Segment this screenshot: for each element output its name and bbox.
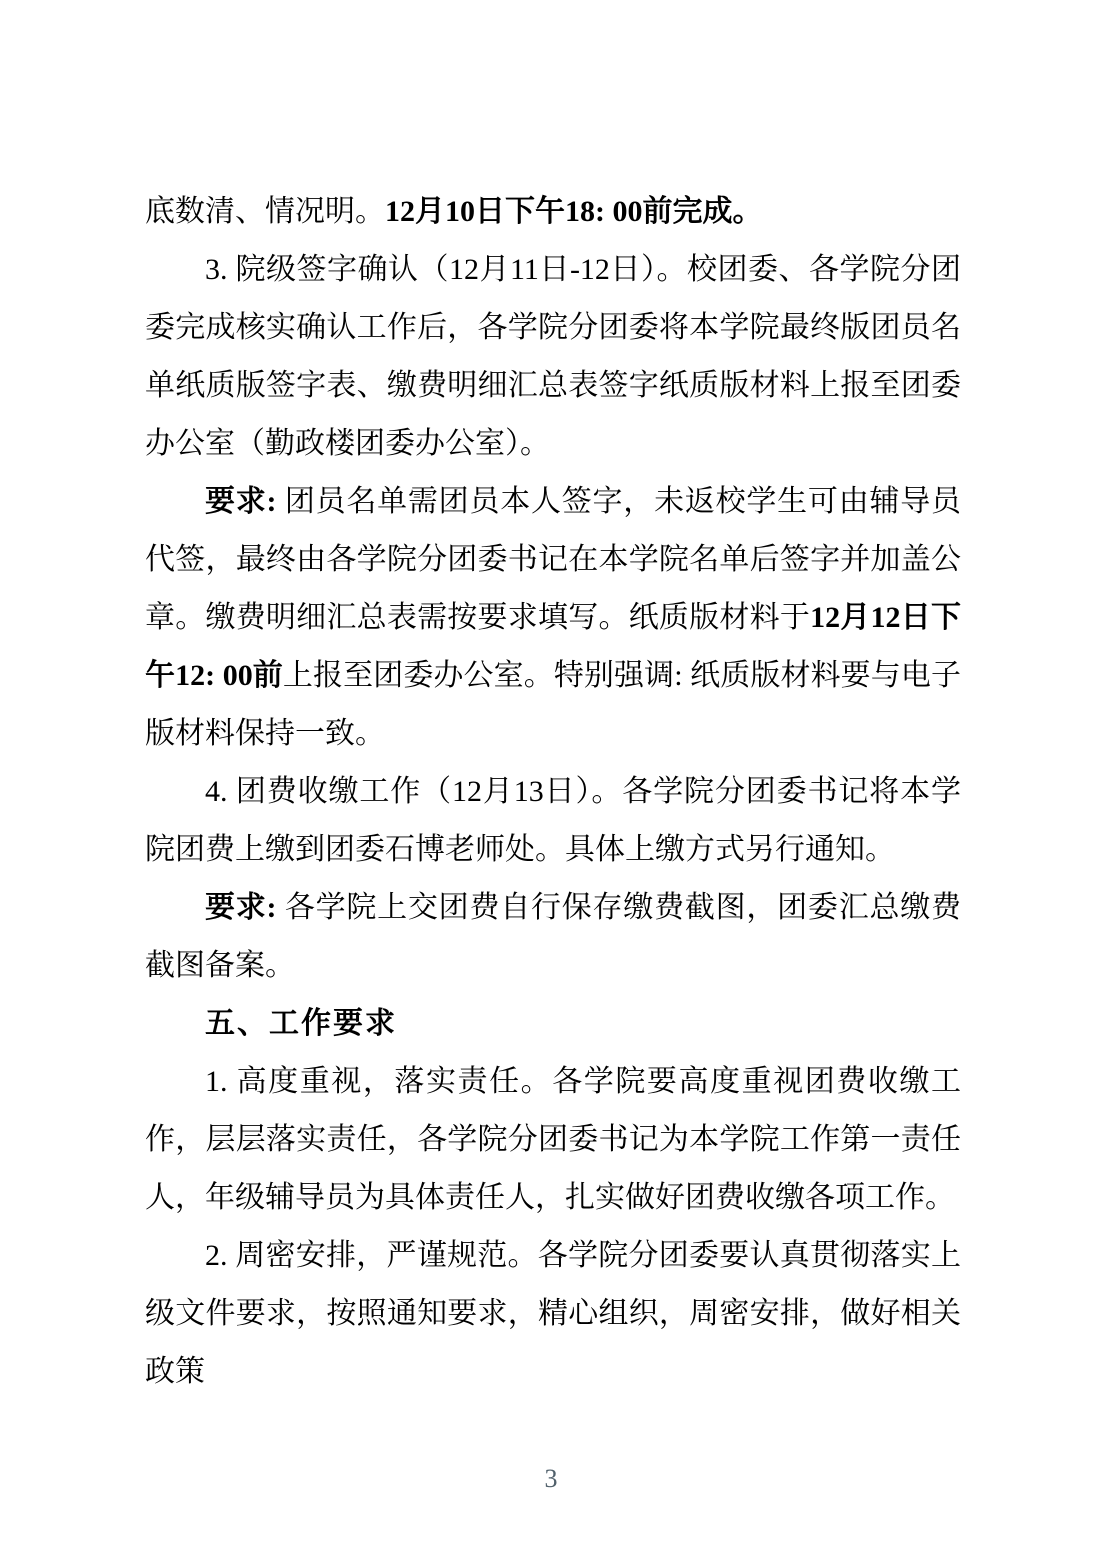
paragraph: 2. 周密安排，严谨规范。各学院分团委要认真贯彻落实上级文件要求，按照通知要求，… — [145, 1227, 961, 1401]
document-page: 底数清、情况明。12月10日下午18: 00前完成。3. 院级签字确认（12月1… — [0, 0, 1102, 1559]
text-run: 1. 高度重视，落实责任。各学院要高度重视团费收缴工作，层层落实责任，各学院分团… — [145, 1065, 961, 1214]
paragraph: 底数清、情况明。12月10日下午18: 00前完成。 — [145, 183, 961, 241]
paragraph: 要求: 各学院上交团费自行保存缴费截图，团委汇总缴费截图备案。 — [145, 879, 961, 995]
page-footer: 3 — [0, 1462, 1102, 1496]
paragraph: 4. 团费收缴工作（12月13日）。各学院分团委书记将本学院团费上缴到团委石博老… — [145, 763, 961, 879]
bold-text-run: 12月10日下午18: 00前完成。 — [385, 195, 763, 228]
paragraph: 1. 高度重视，落实责任。各学院要高度重视团费收缴工作，层层落实责任，各学院分团… — [145, 1053, 961, 1227]
text-run: 2. 周密安排，严谨规范。各学院分团委要认真贯彻落实上级文件要求，按照通知要求，… — [145, 1239, 961, 1388]
document-body: 底数清、情况明。12月10日下午18: 00前完成。3. 院级签字确认（12月1… — [145, 183, 961, 1401]
page-number: 3 — [545, 1464, 558, 1493]
bold-text-run: 要求: — [205, 485, 277, 518]
paragraph: 要求: 团员名单需团员本人签字，未返校学生可由辅导员代签，最终由各学院分团委书记… — [145, 473, 961, 763]
text-run: 底数清、情况明。 — [145, 195, 385, 228]
section-heading: 五、工作要求 — [145, 995, 961, 1053]
paragraph: 3. 院级签字确认（12月11日-12日）。校团委、各学院分团委完成核实确认工作… — [145, 241, 961, 473]
text-run: 3. 院级签字确认（12月11日-12日）。校团委、各学院分团委完成核实确认工作… — [145, 253, 961, 460]
text-run: 4. 团费收缴工作（12月13日）。各学院分团委书记将本学院团费上缴到团委石博老… — [145, 775, 961, 866]
bold-text-run: 五、工作要求 — [205, 1007, 397, 1040]
bold-text-run: 要求: — [205, 891, 277, 924]
